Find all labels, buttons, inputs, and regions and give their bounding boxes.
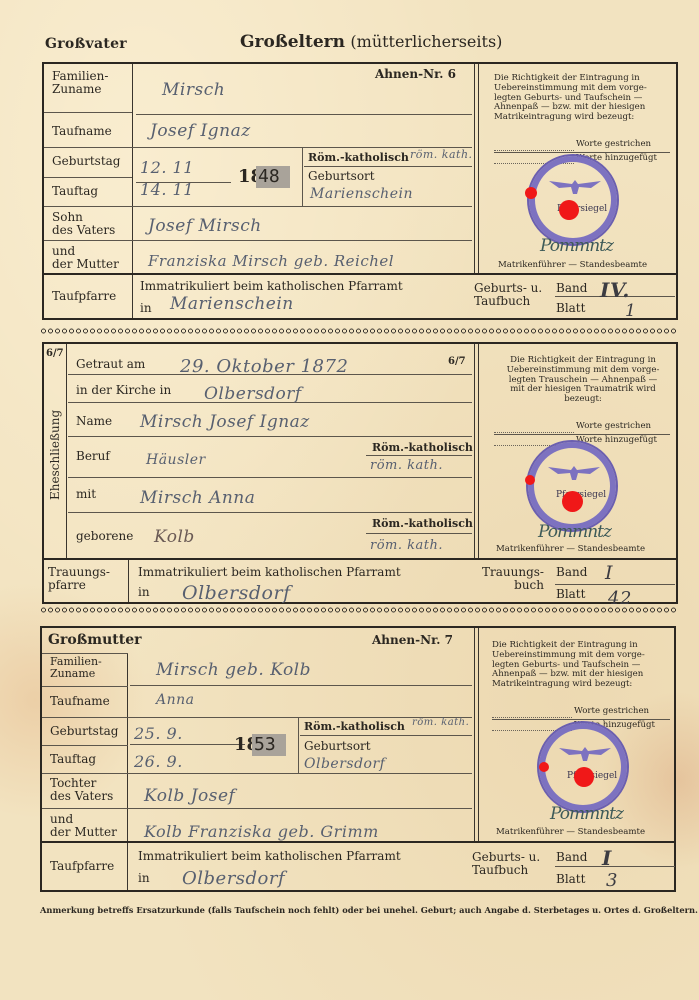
ornamental-divider [40, 606, 676, 614]
redaction-dot [525, 187, 537, 199]
label-immatrikuliert: Immatrikuliert beim katholischen Pfarram… [138, 850, 401, 863]
label-blatt: Blatt [556, 873, 585, 886]
value-band: I [602, 846, 612, 870]
worte-gestrichen: Worte gestrichen [574, 707, 649, 717]
label-in: in [140, 302, 152, 315]
section-number: 6/7 [46, 348, 64, 359]
label-familienname: Familien-Zuname [52, 70, 108, 96]
value-religion: röm. kath. [410, 148, 473, 161]
value-taufname: Anna [156, 692, 195, 708]
value-vater: Kolb Josef [144, 786, 235, 806]
label-taufname: Taufname [50, 695, 110, 708]
redaction-dot [574, 767, 594, 787]
label-blatt: Blatt [556, 302, 585, 315]
grandfather-heading: Großvater [45, 36, 127, 52]
footnote: Anmerkung betreffs Ersatzurkunde (falls … [40, 905, 698, 915]
label-taufpfarre: Taufpfarre [52, 290, 116, 303]
label-tochter-des-vaters: Tochterdes Vaters [50, 777, 113, 803]
value-religion-husband: röm. kath. [370, 458, 443, 473]
parish-seal-stamp: Pfarrsiegel [526, 440, 618, 532]
value-band: I [605, 562, 613, 584]
label-geburtsort: Geburtsort [308, 170, 375, 183]
eagle-icon [546, 464, 602, 482]
label-roem-kath-husband: Röm.-katholisch [372, 442, 473, 454]
signer-label: Matrikenführer — Standesbeamte [496, 545, 645, 555]
grandmother-heading: Großmutter [48, 632, 142, 648]
label-roem-kath: Röm.-katholisch [304, 721, 405, 733]
signature: Pommntz [540, 236, 613, 256]
value-religion: röm. kath. [412, 717, 469, 728]
value-vater: Josef Mirsch [148, 216, 262, 236]
redaction-dot [525, 475, 535, 485]
label-roem-kath-wife: Röm.-katholisch [372, 518, 473, 530]
label-trauungsbuch: Trauungs-buch [472, 566, 544, 592]
value-geburtsort: Olbersdorf [304, 756, 385, 772]
label-in: in [138, 872, 150, 885]
eagle-icon [547, 178, 603, 196]
value-pfarre: Olbersdorf [182, 582, 291, 604]
label-tauftag: Tauftag [52, 185, 98, 198]
label-blatt: Blatt [556, 588, 585, 601]
page-title-main: Großeltern [240, 32, 345, 52]
ornamental-divider [40, 327, 676, 335]
signer-label: Matrikenführer — Standesbeamte [498, 261, 647, 271]
label-familienname: Familien-Zuname [50, 656, 102, 680]
label-mit: mit [76, 488, 96, 501]
label-und-der-mutter: undder Mutter [52, 245, 119, 271]
label-tauftag: Tauftag [50, 753, 96, 766]
page-title-subtitle: (mütterlicherseits) [350, 32, 502, 51]
value-geburtsort: Marienschein [310, 186, 413, 202]
section-number-right: 6/7 [448, 356, 466, 367]
redaction-dot [539, 762, 549, 772]
label-trauungspfarre: Trauungs-pfarre [48, 566, 110, 592]
ahnen-nr-7: Ahnen-Nr. 7 [372, 634, 453, 647]
label-name: Name [76, 415, 112, 428]
label-band: Band [556, 282, 587, 295]
value-name: Mirsch Josef Ignaz [140, 412, 310, 432]
label-und-der-mutter: undder Mutter [50, 813, 117, 839]
value-blatt: 3 [606, 870, 618, 891]
ahnen-nr-6: Ahnen-Nr. 6 [375, 68, 456, 81]
year-suffix: 48 [258, 166, 280, 187]
label-geburts-taufbuch: Geburts- u.Taufbuch [472, 851, 540, 877]
redaction-dot [559, 200, 579, 220]
value-geburtstag: 12. 11 [140, 158, 194, 177]
worte-gestrichen: Worte gestrichen [576, 422, 651, 432]
label-taufname: Taufname [52, 125, 112, 138]
value-taufname: Josef Ignaz [150, 121, 251, 141]
label-geburts-taufbuch: Geburts- u.Taufbuch [474, 282, 542, 308]
value-blatt: 1 [625, 301, 636, 321]
value-mutter: Kolb Franziska geb. Grimm [144, 822, 379, 841]
label-getraut-am: Getraut am [76, 358, 145, 371]
value-tauftag: 26. 9. [134, 752, 183, 771]
value-pfarre: Marienschein [170, 294, 294, 314]
worte-gestrichen: Worte gestrichen [576, 140, 651, 150]
label-band: Band [556, 851, 587, 864]
value-familienname: Mirsch geb. Kolb [156, 660, 311, 680]
signature: Pommntz [538, 522, 611, 542]
value-familienname: Mirsch [162, 80, 225, 100]
label-geburtstag: Geburtstag [52, 155, 120, 168]
label-geburtstag: Geburtstag [50, 725, 118, 738]
value-geborene: Kolb [154, 527, 195, 547]
value-religion-wife: röm. kath. [370, 538, 443, 553]
label-immatrikuliert: Immatrikuliert beim katholischen Pfarram… [138, 566, 401, 579]
year-suffix: 53 [254, 734, 276, 755]
value-band: IV. [600, 278, 630, 302]
certification-text: Die Richtigkeit der Eintragung in Uebere… [494, 74, 672, 123]
label-in: in [138, 586, 150, 599]
signature: Pommntz [550, 804, 623, 824]
certification-text: Die Richtigkeit der Eintragung in Uebere… [494, 356, 672, 405]
value-tauftag: 14. 11 [140, 180, 194, 199]
value-kirche: Olbersdorf [204, 384, 302, 404]
eagle-icon [557, 745, 613, 763]
redaction-dot [562, 491, 583, 512]
value-pfarre: Olbersdorf [182, 868, 285, 889]
page-title: Großeltern (mütterlicherseits) [240, 32, 502, 52]
signer-label: Matrikenführer — Standesbeamte [496, 828, 645, 838]
value-mutter: Franziska Mirsch geb. Reichel [148, 252, 394, 270]
label-sohn-des-vaters: Sohndes Vaters [52, 211, 115, 237]
value-beruf: Häusler [146, 452, 206, 468]
value-geburtstag: 25. 9. [134, 724, 183, 743]
label-band: Band [556, 566, 587, 579]
label-immatrikuliert: Immatrikuliert beim katholischen Pfarram… [140, 280, 403, 293]
value-mit: Mirsch Anna [140, 488, 255, 508]
label-taufpfarre: Taufpfarre [50, 860, 114, 873]
label-kirche: in der Kirche in [76, 384, 171, 397]
certification-text: Die Richtigkeit der Eintragung in Uebere… [492, 641, 672, 690]
label-geborene: geborene [76, 530, 133, 543]
label-roem-kath: Röm.-katholisch [308, 152, 409, 164]
ancestry-document-page: Großvater Großeltern (mütterlicherseits)… [0, 0, 699, 1000]
label-geburtsort: Geburtsort [304, 740, 371, 753]
eheschliessung-label: Eheschließung [48, 410, 62, 500]
value-getraut-am: 29. Oktober 1872 [180, 356, 348, 377]
label-beruf: Beruf [76, 450, 110, 463]
